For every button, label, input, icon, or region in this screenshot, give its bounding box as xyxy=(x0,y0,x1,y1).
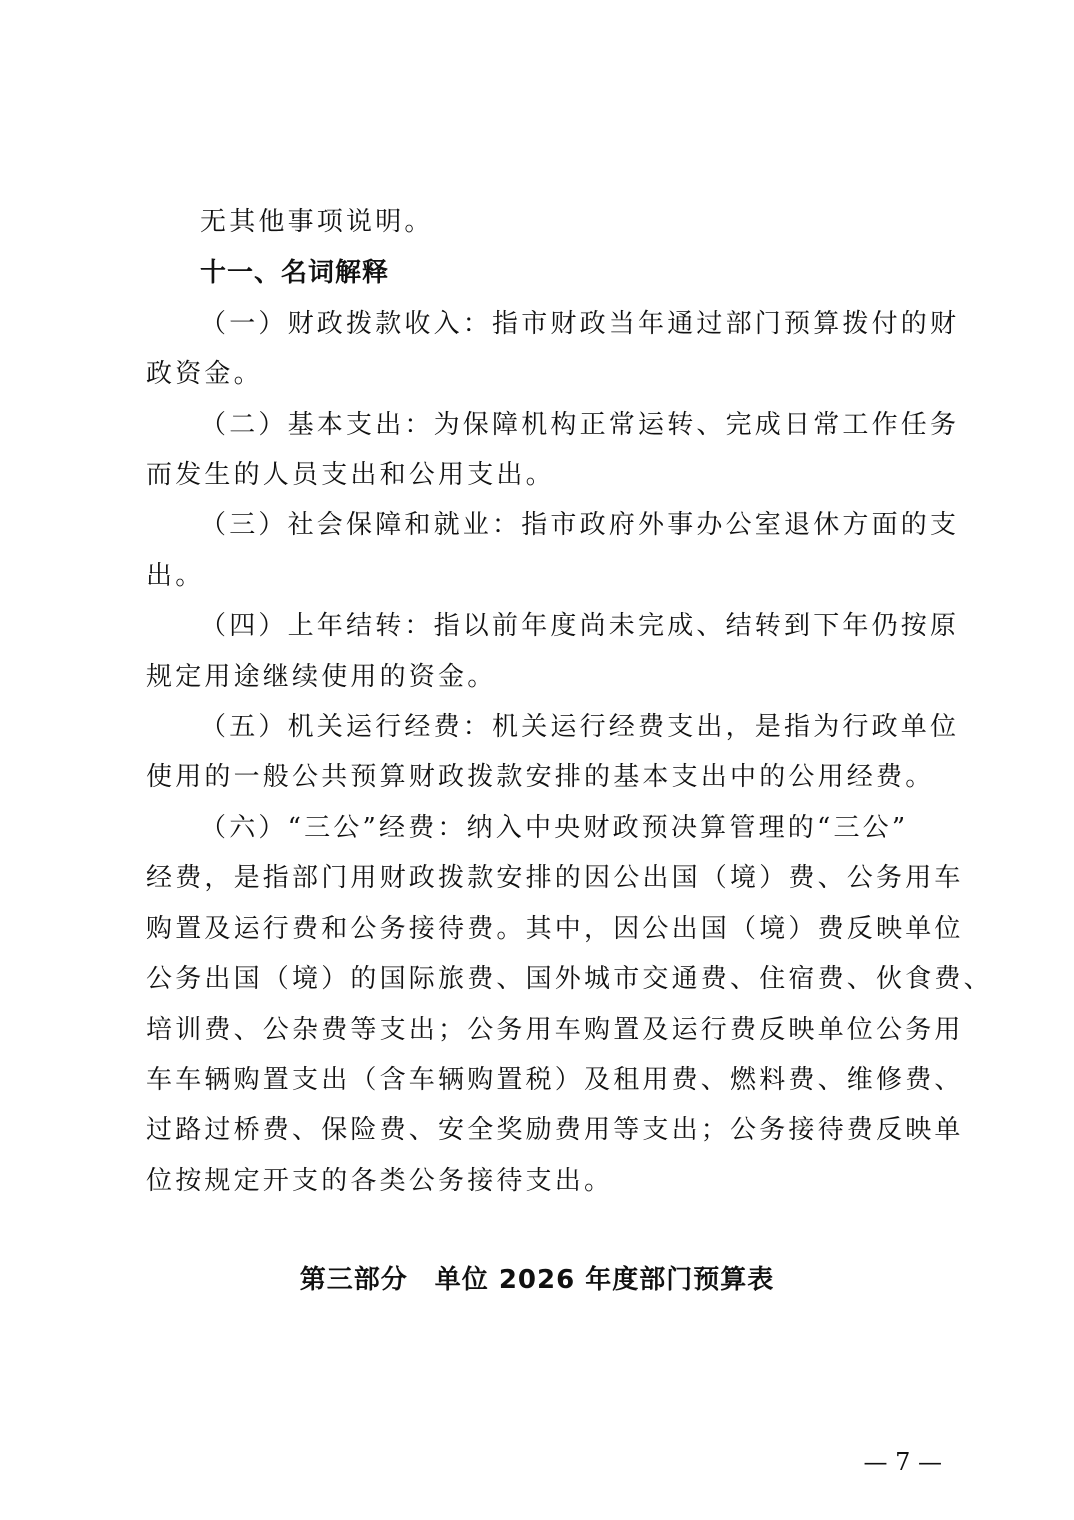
term-6-line-3: 购置及运行费和公务接待费。其中，因公出国（境）费反映单位 xyxy=(146,912,942,946)
term-6-line-2: 经费，是指部门用财政拨款安排的因公出国（境）费、公务用车 xyxy=(146,861,942,895)
term-4-line-2: 规定用途继续使用的资金。 xyxy=(146,660,942,694)
term-6-line-5: 培训费、公杂费等支出；公务用车购置及运行费反映单位公务用 xyxy=(146,1013,942,1047)
page-number: — 7 — xyxy=(850,1447,942,1477)
term-1-line-2: 政资金。 xyxy=(146,357,942,391)
term-3-line-1: （三）社会保障和就业：指市政府外事办公室退休方面的支 xyxy=(200,508,942,542)
term-6-line-8: 位按规定开支的各类公务接待支出。 xyxy=(146,1164,942,1198)
term-6-line-1: （六）“三公”经费：纳入中央财政预决算管理的“三公” xyxy=(200,811,942,845)
term-5-line-2: 使用的一般公共预算财政拨款安排的基本支出中的公用经费。 xyxy=(146,760,942,794)
term-2-line-1: （二）基本支出：为保障机构正常运转、完成日常工作任务 xyxy=(200,408,942,442)
term-6-line-6: 车车辆购置支出（含车辆购置税）及租用费、燃料费、维修费、 xyxy=(146,1063,942,1097)
term-6-line-4: 公务出国（境）的国际旅费、国外城市交通费、住宿费、伙食费、 xyxy=(146,962,942,996)
term-1-line-1: （一）财政拨款收入：指市财政当年通过部门预算拨付的财 xyxy=(200,307,942,341)
term-5-line-1: （五）机关运行经费：机关运行经费支出，是指为行政单位 xyxy=(200,710,942,744)
paragraph-no-other-matters: 无其他事项说明。 xyxy=(200,205,942,239)
term-4-line-1: （四）上年结转：指以前年度尚未完成、结转到下年仍按原 xyxy=(200,609,942,643)
term-6-line-7: 过路过桥费、保险费、安全奖励费用等支出；公务接待费反映单 xyxy=(146,1113,942,1147)
term-3-line-2: 出。 xyxy=(146,559,942,593)
document-page: 无其他事项说明。 十一、名词解释 （一）财政拨款收入：指市财政当年通过部门预算拨… xyxy=(0,0,1074,1520)
section-heading-glossary: 十一、名词解释 xyxy=(200,256,942,290)
part-three-title: 第三部分 单位 2026 年度部门预算表 xyxy=(0,1263,1074,1297)
term-2-line-2: 而发生的人员支出和公用支出。 xyxy=(146,458,942,492)
